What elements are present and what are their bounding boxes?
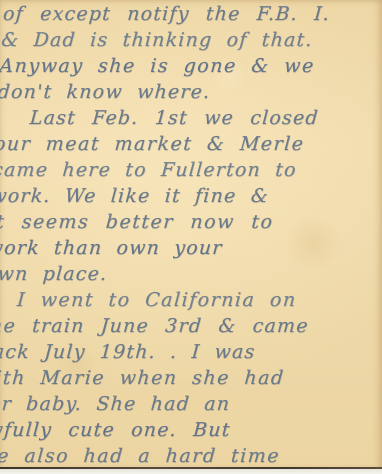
handwriting-block: of except notify the F.B. I. & Dad is th… (0, 1, 382, 468)
handwriting-line: awfully cute one. But (0, 417, 353, 443)
handwriting-line: our meat market & Merle (0, 131, 373, 157)
handwriting-line: the train June 3rd & came (0, 313, 360, 339)
handwriting-line: she also had a hard time (0, 443, 351, 468)
letter-page: of except notify the F.B. I. & Dad is th… (0, 0, 382, 468)
scanner-edge-strip (0, 469, 382, 474)
handwriting-line: with Marie when she had (0, 365, 357, 391)
handwriting-line: work than own your (0, 235, 366, 261)
handwriting-line: own place. (0, 261, 364, 287)
handwriting-line: her baby. She had an (0, 391, 355, 417)
handwriting-line: came here to Fullerton to (0, 157, 371, 183)
handwriting-line: it seems better now to (0, 209, 367, 235)
handwriting-line: of except notify the F.B. I. (2, 1, 382, 27)
handwriting-line: work. We like it fine & (0, 183, 369, 209)
handwriting-line: don't know where. (0, 79, 377, 105)
handwriting-line: back July 19th. . I was (0, 339, 358, 365)
handwriting-line: & Dad is thinking of that. (0, 27, 380, 53)
handwriting-line: Anyway she is gone & we (0, 53, 378, 79)
letter-scan: of except notify the F.B. I. & Dad is th… (0, 0, 382, 474)
handwriting-line: Last Feb. 1st we closed (0, 105, 375, 131)
handwriting-line: I went to California on (0, 287, 362, 313)
